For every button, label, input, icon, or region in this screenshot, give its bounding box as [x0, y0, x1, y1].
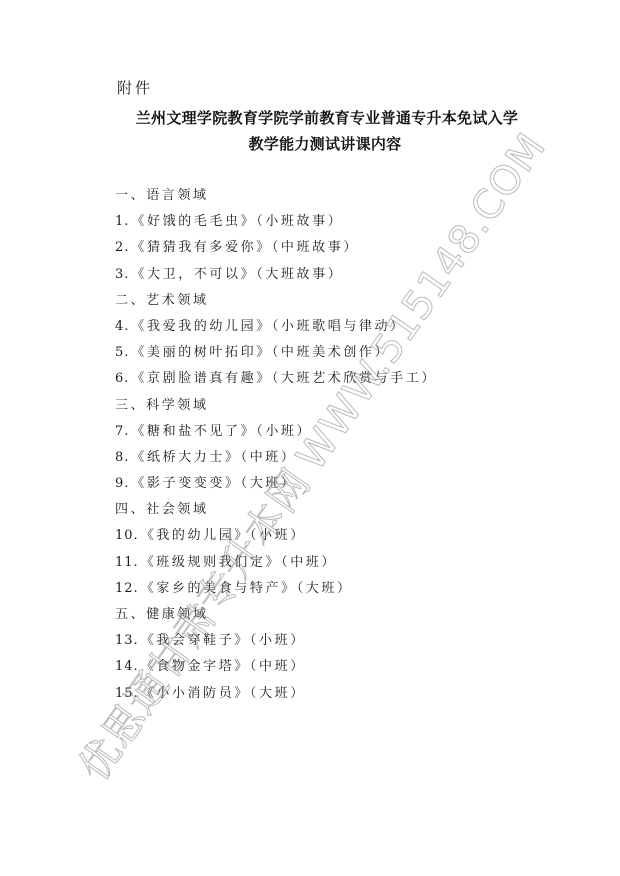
item-number: 12. — [115, 581, 139, 596]
item-title: 《家乡的美食与特产》 — [141, 581, 297, 596]
item-note: （中班故事） — [272, 240, 359, 255]
list-item: 8.《纸桥大力士》（中班） — [115, 445, 437, 471]
item-note: （小班） — [256, 424, 312, 439]
item-note: （小班故事） — [256, 214, 343, 229]
item-number: 11. — [115, 555, 139, 570]
item-number: 3. — [115, 267, 129, 282]
item-number: 7. — [115, 424, 129, 439]
item-number: 4. — [115, 319, 129, 334]
item-note: （小班） — [250, 528, 306, 543]
list-item: 14.《食物金字塔》（中班） — [115, 654, 437, 680]
section-heading: 四、社会领域 — [115, 497, 437, 523]
section-heading: 五、健康领域 — [115, 602, 437, 628]
document-title-line2: 教学能力测试讲课内容 — [15, 133, 620, 154]
item-number: 14. — [115, 659, 139, 674]
item-note: （中班） — [241, 450, 297, 465]
list-item: 4.《我爱我的幼儿园》（小班歌唱与律动） — [115, 314, 437, 340]
item-note: （中班） — [250, 659, 306, 674]
list-item: 6.《京剧脸谱真有趣》（大班艺术欣赏与手工） — [115, 366, 437, 392]
item-note: （大班） — [297, 581, 353, 596]
list-item: 5.《美丽的树叶拓印》（中班美术创作） — [115, 340, 437, 366]
item-number: 1. — [115, 214, 129, 229]
item-title: 《我的幼儿园》 — [141, 528, 250, 543]
list-item: 13.《我会穿鞋子》（小班） — [115, 628, 437, 654]
list-item: 1.《好饿的毛毛虫》（小班故事） — [115, 209, 437, 235]
list-item: 7.《糖和盐不见了》（小班） — [115, 419, 437, 445]
attachment-label: 附件 — [117, 77, 153, 98]
item-note: （大班） — [241, 476, 297, 491]
section-heading: 三、科学领域 — [115, 393, 437, 419]
item-note: （大班） — [250, 686, 306, 701]
item-note: （小班歌唱与律动） — [272, 319, 406, 334]
item-title: 《糖和盐不见了》 — [131, 424, 256, 439]
item-title: 《影子变变变》 — [131, 476, 240, 491]
item-note: （大班故事） — [256, 267, 343, 282]
list-item: 2.《猜猜我有多爱你》（中班故事） — [115, 235, 437, 261]
item-number: 2. — [115, 240, 129, 255]
item-number: 10. — [115, 528, 139, 543]
item-title: 《班级规则我们定》 — [141, 555, 281, 570]
list-item: 12.《家乡的美食与特产》（大班） — [115, 576, 437, 602]
item-number: 6. — [115, 371, 129, 386]
item-number: 5. — [115, 345, 129, 360]
item-title: 《大卫，不可以》 — [131, 267, 256, 282]
item-note: （小班） — [250, 633, 306, 648]
item-number: 8. — [115, 450, 129, 465]
item-note: （中班） — [281, 555, 337, 570]
item-note: （大班艺术欣赏与手工） — [272, 371, 437, 386]
item-title: 《食物金字塔》 — [141, 659, 250, 674]
list-item: 11.《班级规则我们定》（中班） — [115, 550, 437, 576]
list-item: 9.《影子变变变》（大班） — [115, 471, 437, 497]
item-number: 13. — [115, 633, 139, 648]
document-page: 附件 兰州文理学院教育学院学前教育专业普通专升本免试入学 教学能力测试讲课内容 … — [0, 0, 620, 876]
item-note: （中班美术创作） — [272, 345, 390, 360]
section-heading: 一、语言领域 — [115, 183, 437, 209]
list-item: 3.《大卫，不可以》（大班故事） — [115, 262, 437, 288]
list-item: 15.《小小消防员》（大班） — [115, 681, 437, 707]
item-title: 《京剧脸谱真有趣》 — [131, 371, 271, 386]
item-number: 15. — [115, 686, 139, 701]
document-title-line1: 兰州文理学院教育学院学前教育专业普通专升本免试入学 — [17, 107, 620, 128]
item-title: 《我爱我的幼儿园》 — [131, 319, 271, 334]
list-item: 10.《我的幼儿园》（小班） — [115, 523, 437, 549]
section-heading: 二、艺术领域 — [115, 288, 437, 314]
item-number: 9. — [115, 476, 129, 491]
item-title: 《美丽的树叶拓印》 — [131, 345, 271, 360]
content-list: 一、语言领域 1.《好饿的毛毛虫》（小班故事） 2.《猜猜我有多爱你》（中班故事… — [115, 183, 437, 707]
item-title: 《好饿的毛毛虫》 — [131, 214, 256, 229]
item-title: 《猜猜我有多爱你》 — [131, 240, 271, 255]
item-title: 《我会穿鞋子》 — [141, 633, 250, 648]
item-title: 《小小消防员》 — [141, 686, 250, 701]
item-title: 《纸桥大力士》 — [131, 450, 240, 465]
